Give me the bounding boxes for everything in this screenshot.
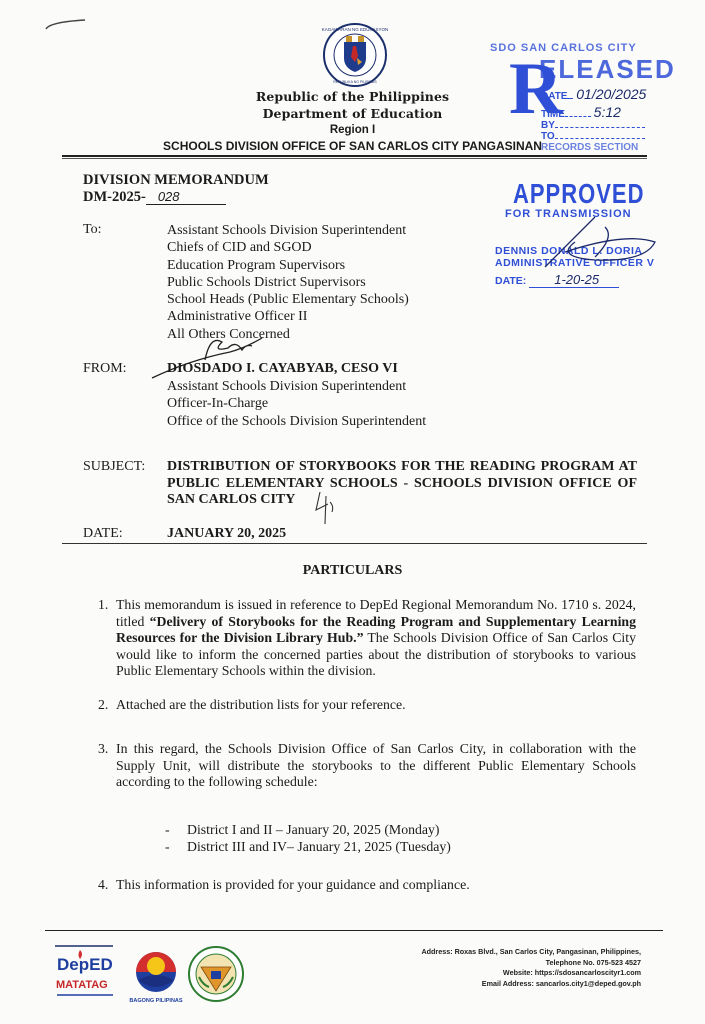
section-rule: [62, 543, 647, 544]
paragraph-text: In this regard, the Schools Division Off…: [116, 741, 636, 789]
recipient: Assistant Schools Division Superintenden…: [167, 222, 409, 239]
schedule-text: District III and IV– January 21, 2025 (T…: [187, 839, 451, 854]
date-label: DATE:: [83, 526, 123, 542]
released-stamp-word: ELEASED: [539, 54, 676, 85]
particulars-heading: PARTICULARS: [0, 563, 705, 579]
footer-address: Address: Roxas Blvd., San Carlos City, P…: [421, 947, 641, 958]
memo-title: DIVISION MEMORANDUM: [83, 172, 269, 189]
subject-label: SUBJECT:: [83, 459, 145, 475]
paragraph-2: 2. Attached are the distribution lists f…: [116, 697, 636, 714]
paragraph-text: Attached are the distribution lists for …: [116, 697, 406, 712]
svg-text:DepED: DepED: [57, 955, 113, 974]
footer-telephone: Telephone No. 075-523 4527: [421, 958, 641, 969]
released-to-label: TO: [541, 131, 555, 142]
memo-number-prefix: DM-2025-: [83, 189, 146, 205]
schedule-item: -District I and II – January 20, 2025 (M…: [165, 822, 440, 839]
svg-text:BAGONG PILIPINAS: BAGONG PILIPINAS: [129, 998, 183, 1004]
from-label: FROM:: [83, 361, 127, 377]
recipient: Administrative Officer II: [167, 308, 409, 325]
svg-text:MATATAG: MATATAG: [56, 979, 108, 991]
schedule-item: -District III and IV– January 21, 2025 (…: [165, 839, 451, 856]
footer-contact: Address: Roxas Blvd., San Carlos City, P…: [421, 947, 641, 989]
paragraph-number: 3.: [98, 741, 108, 758]
recipients-list: Assistant Schools Division Superintenden…: [167, 222, 409, 343]
sdo-san-carlos-seal-icon: [187, 945, 245, 1003]
recipient: Chiefs of CID and SGOD: [167, 239, 409, 256]
pen-mark: [40, 14, 100, 34]
footer-email[interactable]: Email Address: sancarlos.city1@deped.gov…: [421, 979, 641, 990]
recipient: Public Schools District Supervisors: [167, 274, 409, 291]
memo-number-value: 028: [146, 189, 226, 205]
deped-seal-icon: KAGAWARAN NG EDUKASYON REPUBLIKA NG PILI…: [322, 22, 388, 88]
bullet: -: [165, 822, 187, 839]
recipient: School Heads (Public Elementary Schools): [167, 291, 409, 308]
released-stamp: SDO SAN CARLOS CITY R ELEASED DATE 01/20…: [485, 40, 705, 152]
approved-stamp-word: APPROVED: [513, 178, 644, 211]
memo-number: DM-2025-028: [83, 189, 226, 206]
svg-text:KAGAWARAN NG EDUKASYON: KAGAWARAN NG EDUKASYON: [322, 27, 388, 32]
released-date-value: 01/20/2025: [576, 86, 646, 102]
memo-date: JANUARY 20, 2025: [167, 526, 286, 542]
paragraph-number: 2.: [98, 697, 108, 714]
released-date-label: DATE: [541, 91, 567, 102]
from-line: Assistant Schools Division Superintenden…: [167, 378, 426, 395]
released-time-value: 5:12: [594, 104, 621, 120]
released-records-label: RECORDS SECTION: [541, 142, 638, 153]
paragraph-number: 4.: [98, 877, 108, 894]
paragraph-1: 1. This memorandum is issued in referenc…: [116, 597, 636, 680]
approved-date-label: DATE:: [495, 275, 526, 287]
paragraph-4: 4. This information is provided for your…: [116, 877, 636, 894]
bullet: -: [165, 839, 187, 856]
svg-text:REPUBLIKA NG PILIPINAS: REPUBLIKA NG PILIPINAS: [333, 80, 377, 84]
paragraph-3: 3. In this regard, the Schools Division …: [116, 741, 636, 791]
subject-text: DISTRIBUTION OF STORYBOOKS FOR THE READI…: [167, 459, 637, 509]
bagong-pilipinas-logo-icon: BAGONG PILIPINAS: [128, 946, 184, 1006]
approver-signature-icon: [535, 212, 665, 282]
released-time-label: TIME: [541, 109, 565, 120]
to-label: To:: [83, 222, 101, 238]
from-designation: Assistant Schools Division Superintenden…: [167, 378, 426, 430]
approved-stamp: APPROVED FOR TRANSMISSION DENNIS DONALD …: [485, 172, 695, 292]
from-line: Office of the Schools Division Superinte…: [167, 413, 426, 430]
schedule-text: District I and II – January 20, 2025 (Mo…: [187, 822, 440, 837]
recipient: Education Program Supervisors: [167, 257, 409, 274]
paragraph-number: 1.: [98, 597, 108, 614]
released-by-label: BY: [541, 120, 555, 131]
header-rule: [62, 155, 647, 157]
footer-rule: [45, 930, 663, 931]
from-name: DIOSDADO I. CAYABYAB, CESO VI: [167, 361, 398, 377]
paragraph-text: This information is provided for your gu…: [116, 877, 470, 892]
from-line: Officer-In-Charge: [167, 395, 426, 412]
footer-website[interactable]: Website: https://sdosancarloscityr1.com: [421, 968, 641, 979]
deped-matatag-logo-icon: DepED MATATAG: [55, 944, 119, 1004]
header-rule-thin: [62, 158, 647, 159]
initial-mark-icon: [308, 492, 338, 526]
